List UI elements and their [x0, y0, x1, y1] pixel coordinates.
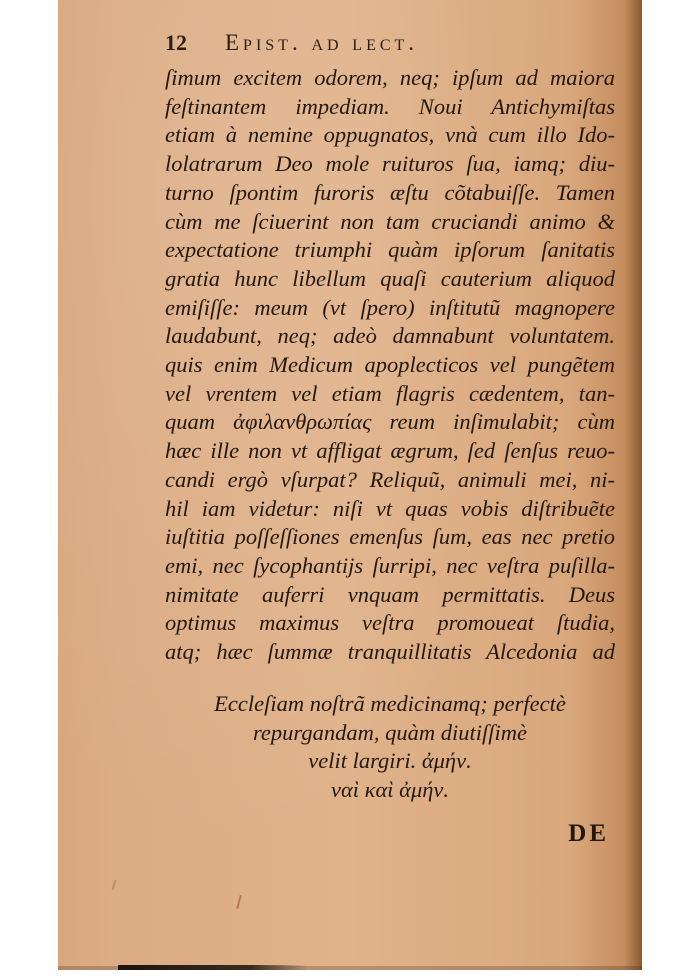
- text-line: laudabunt, neq; adeò damnabunt voluntate…: [165, 322, 615, 351]
- text-line: ſimum excitem odorem, neq; ipſum ad maio…: [165, 64, 615, 93]
- closing-line: ναὶ καὶ ἀμήν.: [165, 776, 615, 805]
- closing-line: velit largiri. ἀμήν.: [165, 747, 615, 776]
- text-line: iuſtitia poſſeſſiones emenſus ſum, eas n…: [165, 523, 615, 552]
- text-line: optimus maximus veſtra promoueat ſtudia,: [165, 609, 615, 638]
- text-line: candi ergò vſurpat? Reliquũ, animuli mei…: [165, 466, 615, 495]
- closing-line: Eccleſiam noſtrã medicinamq; perfectè: [165, 690, 615, 719]
- text-line: emiſiſſe: meum (vt ſpero) inſtitutũ magn…: [165, 294, 615, 323]
- text-line: nimitate auferri vnquam permittatis. Deu…: [165, 581, 615, 610]
- text-line: expectatione triumphi quàm ipſorum ſanit…: [165, 236, 615, 265]
- running-head: Epist. ad lect.: [225, 30, 418, 56]
- text-line: vel vrentem vel etiam flagris cædentem, …: [165, 380, 615, 409]
- body-text: ſimum excitem odorem, neq; ipſum ad maio…: [165, 64, 615, 667]
- text-line: lolatrarum Deo mole ruituros ſua, iamq; …: [165, 150, 615, 179]
- text-line: hil iam videtur: niſi vt quas vobis diſt…: [165, 495, 615, 524]
- paper-stain: [112, 880, 117, 890]
- text-line: quis enim Medicum apoplecticos vel pungẽ…: [165, 351, 615, 380]
- text-line: turno ſpontim furoris æſtu cõtabuiſſe. T…: [165, 179, 615, 208]
- text-line: gratia hunc libellum quaſi cauterium ali…: [165, 265, 615, 294]
- catchword: DE: [568, 820, 609, 848]
- closing-line: repurgandam, quàm diutiſſimè: [165, 719, 615, 748]
- text-line: etiam à nemine oppugnatos, vnà cum illo …: [165, 121, 615, 150]
- text-line: quam ἀφιλανθρωπίας reum inſimulabit; cùm: [165, 408, 615, 437]
- text-line: cùm me ſciuerint non tam cruciandi animo…: [165, 208, 615, 237]
- page-number: 12: [165, 30, 187, 56]
- book-page: 12 Epist. ad lect. ſimum excitem odorem,…: [58, 0, 642, 970]
- paper-stain: [236, 895, 242, 909]
- page-header: 12 Epist. ad lect.: [165, 30, 615, 60]
- text-line: atq; hæc ſummæ tranquillitatis Alcedonia…: [165, 638, 615, 667]
- text-line: feſtinantem impediam. Noui Antichymiſtas: [165, 93, 615, 122]
- text-line: hæc ille non vt affligat ægrum, ſed ſenſ…: [165, 437, 615, 466]
- text-line: emi, nec ſycophantijs ſurripi, nec veſtr…: [165, 552, 615, 581]
- closing-lines: Eccleſiam noſtrã medicinamq; perfectè re…: [165, 690, 615, 805]
